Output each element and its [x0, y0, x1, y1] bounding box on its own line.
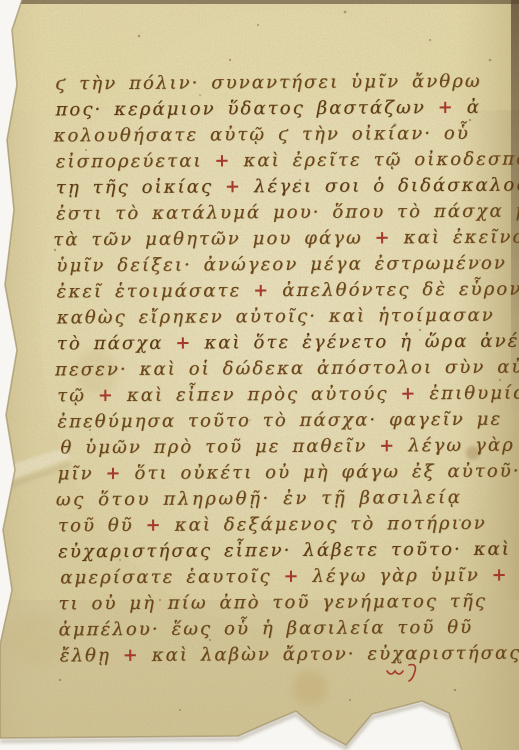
manuscript-line: τὸ πάσχα + καὶ ὅτε ἐγένετο ἡ ὥρα ἀνέ: [57, 329, 519, 358]
manuscript-line: ἔλθῃ + καὶ λαβὼν ἄρτον· εὐχαριστήσας: [60, 641, 519, 670]
manuscript-line: ως ὅτου πληρωθῇ· ἐν τῇ βασιλείᾳ: [56, 485, 518, 514]
manuscript-line: ἀμπέλου· ἕως οὗ ἡ βασιλεία τοῦ θῦ: [59, 615, 519, 644]
manuscript-line: τῃ τῆς οἰκίας + λέγει σοι ὁ διδάσκαλος +…: [56, 173, 518, 202]
manuscript-line: μῖν + ὅτι οὐκέτι οὐ μὴ φάγω ἐξ αὐτοῦ· ἕ: [58, 459, 519, 488]
manuscript-line: τοῦ θῦ + καὶ δεξάμενος τὸ ποτήριον: [58, 511, 519, 540]
manuscript-line: πος· κεράμιον ὕδατος βαστάζων + ἀ: [55, 95, 517, 124]
manuscript-line: τῷ + καὶ εἶπεν πρὸς αὐτούς + ἐπιθυμία: [57, 381, 519, 410]
manuscript-line: ϛ τὴν πόλιν· συναντήσει ὑμῖν ἄνθρω: [55, 69, 517, 98]
manuscript-text-block: ϛ τὴν πόλιν· συναντήσει ὑμῖν ἄνθρω πος· …: [55, 69, 519, 670]
manuscript-line: καθὼς εἴρηκεν αὐτοῖς· καὶ ἡτοίμασαν: [57, 303, 519, 332]
red-flourish-icon: [385, 663, 419, 683]
manuscript-photo: ϛ τὴν πόλιν· συναντήσει ὑμῖν ἄνθρω πος· …: [0, 0, 519, 750]
manuscript-line: εἰσπορεύεται + καὶ ἐρεῖτε τῷ οἰκοδεσπό: [56, 147, 518, 176]
manuscript-line: ἐκεῖ ἑτοιμάσατε + ἀπελθόντες δὲ εὗρον: [56, 277, 518, 306]
manuscript-line: αμερίσατε ἑαυτοῖς + λέγω γὰρ ὑμῖν + ὅ: [60, 563, 519, 592]
manuscript-line: πεσεν· καὶ οἱ δώδεκα ἀπόστολοι σὺν αὐ: [55, 355, 517, 384]
manuscript-line: εὐχαριστήσας εἶπεν· λάβετε τοῦτο· καὶ δι: [58, 537, 519, 566]
manuscript-line: τι οὐ μὴ πίω ἀπὸ τοῦ γενήματος τῆς: [58, 589, 519, 618]
manuscript-line: ἐστι τὸ κατάλυμά μου· ὅπου τὸ πάσχα με: [56, 199, 518, 228]
manuscript-line: κολουθήσατε αὐτῷ ϛ τὴν οἰκίαν· οὗ: [53, 121, 515, 150]
manuscript-line: ὑμῖν δείξει· ἀνώγεον μέγα ἐστρωμένον: [56, 251, 518, 280]
manuscript-line: θ ὑμῶν πρὸ τοῦ με παθεῖν + λέγω γὰρ ὑ: [60, 433, 519, 462]
manuscript-line: ἐπεθύμησα τοῦτο τὸ πάσχα· φαγεῖν με: [57, 407, 519, 436]
manuscript-line: τὰ τῶν μαθητῶν μου φάγω + καὶ ἐκεῖνος: [53, 225, 515, 254]
